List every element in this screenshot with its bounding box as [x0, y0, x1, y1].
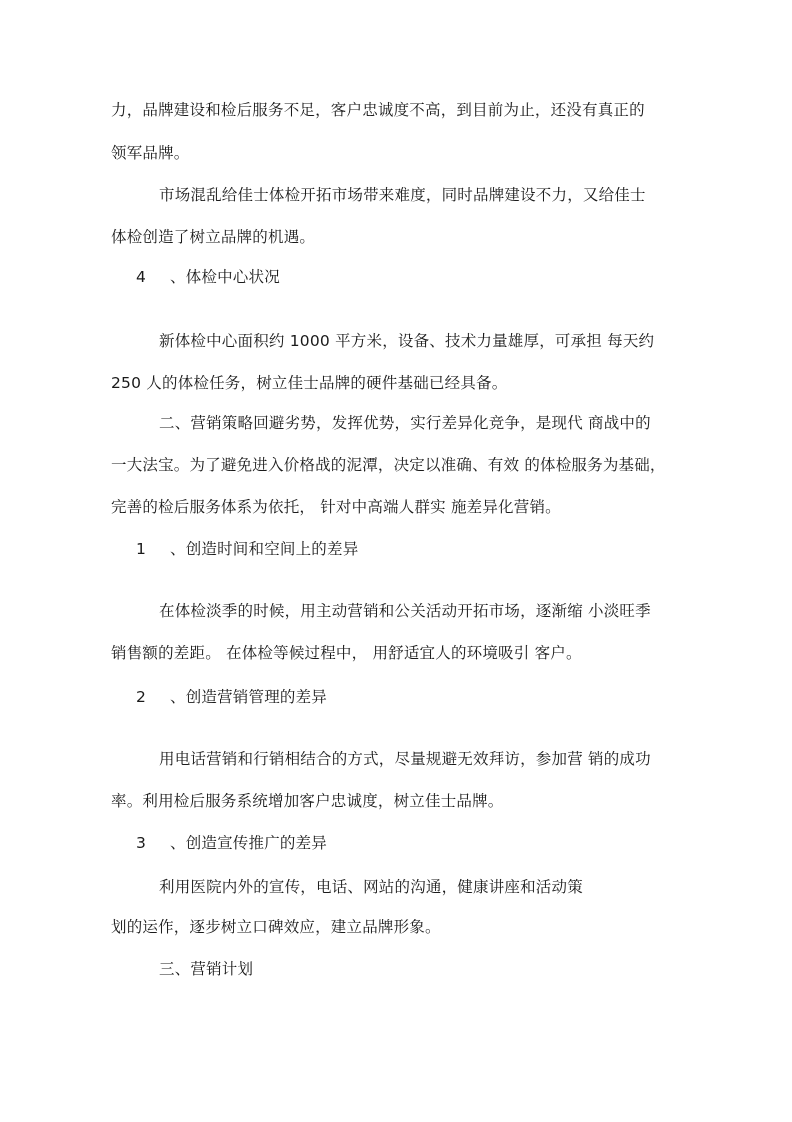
- heading-number: 4: [136, 267, 170, 287]
- section-title: 三、营销计划: [159, 959, 253, 979]
- paragraph-line: 销售额的差距。 在体检等候过程中， 用舒适宜人的环境吸引 客户。: [111, 643, 582, 663]
- paragraph-line: 在体检淡季的时候，用主动营销和公关活动开拓市场，逐渐缩 小淡旺季: [159, 601, 651, 621]
- section-heading: 2、创造营销管理的差异: [136, 687, 327, 707]
- paragraph-line: 体检创造了树立品牌的机遇。: [111, 227, 315, 247]
- paragraph-line: 用电话营销和行销相结合的方式，尽量规避无效拜访，参加营 销的成功: [159, 749, 651, 769]
- paragraph-line: 完善的检后服务体系为依托， 针对中高端人群实 施差异化营销。: [111, 497, 561, 517]
- paragraph-line: 领军品牌。: [111, 143, 190, 163]
- paragraph-line: 新体检中心面积约 1000 平方米，设备、技术力量雄厚，可承担 每天约: [159, 331, 654, 351]
- heading-text: 、创造时间和空间上的差异: [170, 540, 358, 558]
- heading-number: 2: [136, 687, 170, 707]
- paragraph-line: 250 人的体检任务，树立佳士品牌的硬件基础已经具备。: [111, 373, 507, 393]
- paragraph-line: 二、营销策略回避劣势，发挥优势，实行差异化竞争，是现代 商战中的: [159, 413, 651, 433]
- section-heading: 1、创造时间和空间上的差异: [136, 539, 358, 559]
- heading-text: 、体检中心状况: [170, 268, 280, 286]
- paragraph-line: 划的运作，逐步树立口碑效应，建立品牌形象。: [111, 917, 441, 937]
- paragraph-line: 率。利用检后服务系统增加客户忠诚度，树立佳士品牌。: [111, 791, 504, 811]
- paragraph-line: 利用医院内外的宣传，电话、网站的沟通，健康讲座和活动策: [159, 877, 583, 897]
- heading-text: 、创造营销管理的差异: [170, 688, 327, 706]
- section-heading: 4、体检中心状况: [136, 267, 280, 287]
- paragraph-line: 一大法宝。为了避免进入价格战的泥潭，决定以准确、有效 的体检服务为基础，: [111, 455, 666, 475]
- paragraph-line: 力，品牌建设和检后服务不足，客户忠诚度不高，到目前为止，还没有真正的: [111, 100, 645, 120]
- heading-text: 、创造宣传推广的差异: [170, 834, 327, 852]
- heading-number: 1: [136, 539, 170, 559]
- paragraph-line: 市场混乱给佳士体检开拓市场带来难度，同时品牌建设不力，又给佳士: [159, 185, 646, 205]
- section-heading: 3、创造宣传推广的差异: [136, 833, 327, 853]
- heading-number: 3: [136, 833, 170, 853]
